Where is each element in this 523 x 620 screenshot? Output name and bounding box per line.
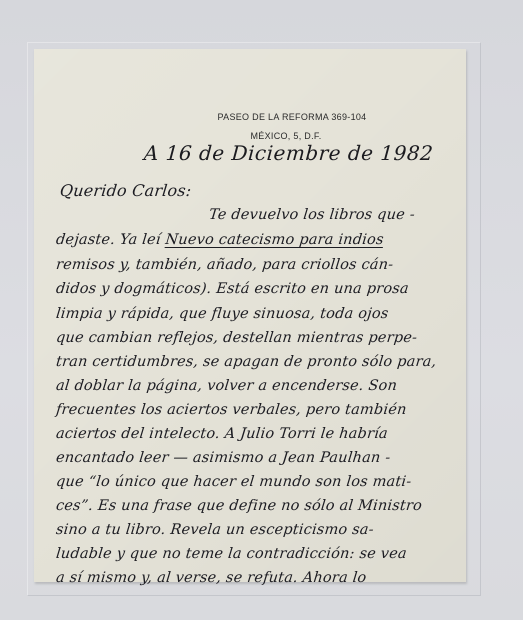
body-line: tran certidumbres, se apagan de pronto s… xyxy=(55,354,437,370)
body-line: dejaste. Ya leí Nuevo catecismo para ind… xyxy=(55,232,384,248)
book-title-underlined: Nuevo catecismo para indios xyxy=(165,232,385,248)
salutation: Querido Carlos: xyxy=(59,181,192,200)
body-line: aciertos del intelecto. A Julio Torri le… xyxy=(55,426,388,442)
body-line: remisos y, también, añado, para criollos… xyxy=(55,257,394,273)
body-line: ces”. Es una frase que define no sólo al… xyxy=(55,498,423,514)
body-line: que cambian reflejos, destellan mientras… xyxy=(55,330,418,346)
body-line: sino a tu libro. Revela un escepticismo … xyxy=(55,522,374,538)
letter-paper: PASEO DE LA REFORMA 369-104 MÉXICO, 5, D… xyxy=(34,49,466,582)
body-line: al doblar la página, volver a encenderse… xyxy=(55,378,398,394)
body-line: Te devuelvo los libros que - xyxy=(208,207,416,223)
letterhead-address: PASEO DE LA REFORMA 369-104 xyxy=(76,112,508,122)
body-line: limpia y rápida, que fluye sinuosa, toda… xyxy=(55,306,389,322)
body-line: frecuentes los aciertos verbales, pero t… xyxy=(55,402,407,418)
letterhead-city: MÉXICO, 5, D.F. xyxy=(70,131,502,141)
body-line: que “lo único que hacer el mundo son los… xyxy=(55,474,412,490)
body-line: ludable y que no teme la contradicción: … xyxy=(55,546,407,562)
body-line: encantado leer — asimismo a Jean Paulhan… xyxy=(55,450,391,466)
body-line: didos y dogmáticos). Está escrito en una… xyxy=(55,281,409,297)
body-line-text: dejaste. Ya leí xyxy=(55,232,161,248)
body-line: a sí mismo y, al verse, se refuta. Ahora… xyxy=(55,570,367,586)
letter-date: A 16 de Diciembre de 1982 xyxy=(143,141,434,165)
